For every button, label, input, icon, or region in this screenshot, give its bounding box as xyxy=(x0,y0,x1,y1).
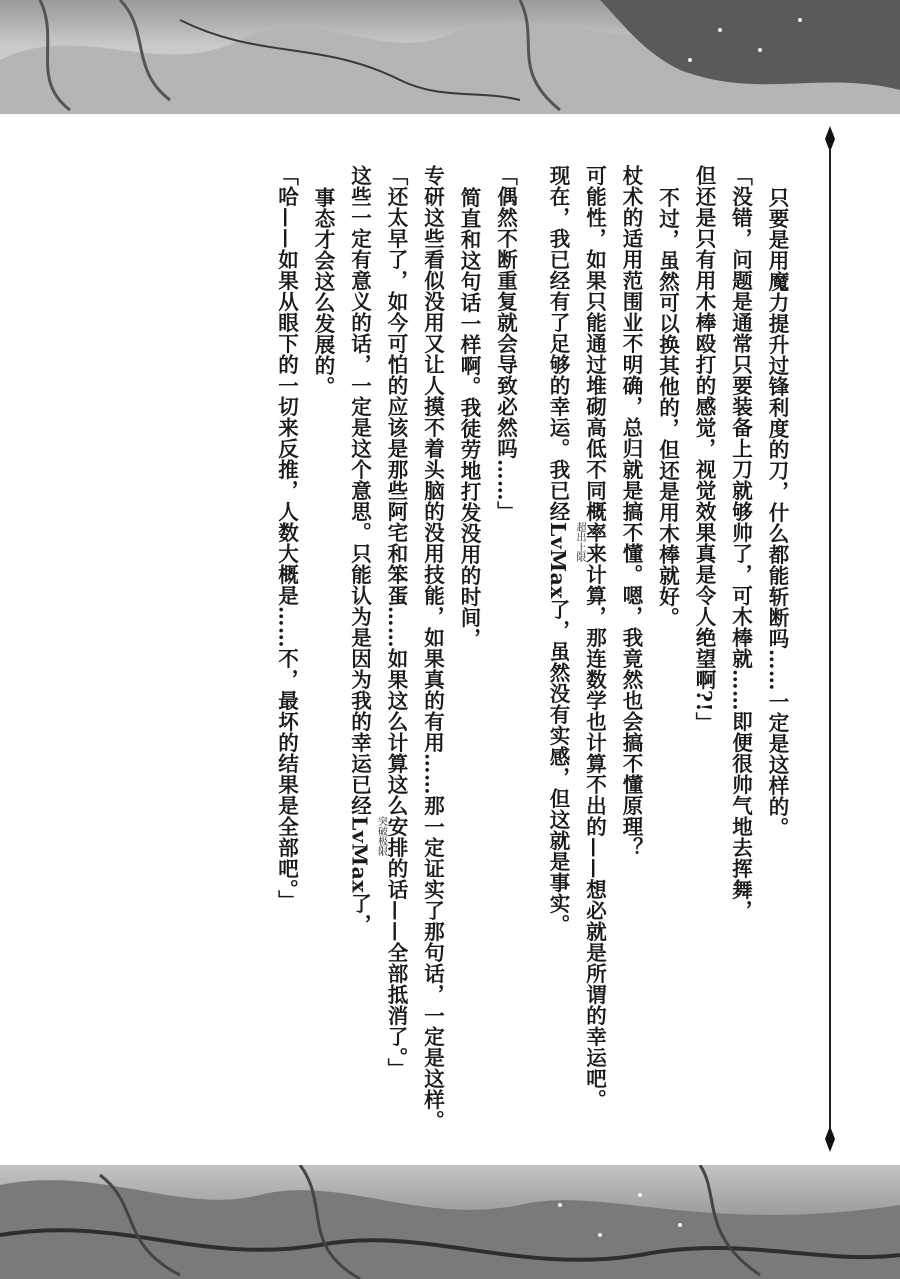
ruby-annotation: 超出上限 xyxy=(574,522,584,562)
ruby-base: LvMax xyxy=(546,522,570,599)
text-column: 「偶然不断重复就会导致必然吗……」 xyxy=(487,165,524,1145)
text-segment: 了， xyxy=(348,893,372,935)
text-column: 「没错，问题是通常只要装备上刀就够帅了，可木棒就……即便很帅气地去挥舞， xyxy=(722,165,759,1145)
text-column: 现在，我已经有了足够的幸运。我已经超出上限LvMax了，虽然没有实感，但这就是事… xyxy=(540,165,577,1145)
novel-text-body: 只要是用魔力提升过锋利度的刀，什么都能斩断吗……一定是这样的。 「没错，问题是通… xyxy=(195,165,795,1145)
text-column: 不过，虽然可以换其他的，但还是用木棒就好。 xyxy=(649,165,686,1167)
ruby-annotated-term: 突破极限LvMax xyxy=(348,816,372,893)
text-column: 「还太早了，如今可怕的应该是那些阿宅和笨蛋……如果这么计算这么安排的话——全部抵… xyxy=(378,165,415,1145)
text-column: 杖术的适用范围业不明确，总归就是搞不懂。嗯，我竟然也会搞不懂原理？ xyxy=(613,165,650,1145)
bottom-illustration xyxy=(0,1165,900,1279)
text-segment: 现在，我已经有了足够的幸运。我已经 xyxy=(546,165,570,522)
forest-art-icon xyxy=(0,1165,900,1279)
text-segment: 这些一定有意义的话，一定是这个意思。只能认为是因为我的幸运已经 xyxy=(348,165,372,816)
diamond-ornament-icon xyxy=(824,1126,836,1152)
text-column: 这些一定有意义的话，一定是这个意思。只能认为是因为我的幸运已经突破极限LvMax… xyxy=(341,165,378,1145)
text-column: 简直和这句话一样啊。我徒劳地打发没用的时间， xyxy=(451,165,488,1167)
ruby-base: LvMax xyxy=(348,816,372,893)
text-column: 事态才会这么发展的。 xyxy=(305,165,342,1167)
text-segment: 「还太早了，如今可怕的应该是那些阿宅和笨蛋……如果这么计算这么安排的话 xyxy=(384,165,408,900)
top-illustration xyxy=(0,0,900,114)
text-column: 可能性，如果只能通过堆砌高低不同概率来计算，那连数学也计算不出的——想必就是所谓… xyxy=(576,165,613,1145)
text-segment: ——全部抵消了。」 xyxy=(384,900,408,1079)
text-column: 专研这些看似没用又让人摸不着头脑的没用技能，如果真的有用……那一定证实了那句话，… xyxy=(414,165,451,1145)
text-column: 「哈——如果从眼下的一切来反推，人数大概是……不，最坏的结果是全部吧。」 xyxy=(268,165,305,1145)
text-segment: 了，虽然没有实感，但这就是事实。 xyxy=(546,599,570,935)
text-column: 但还是只有用木棒殴打的感觉，视觉效果真是令人绝望啊?!」 xyxy=(686,165,723,1145)
ornament-rule xyxy=(829,148,831,1136)
ruby-annotation: 突破极限 xyxy=(376,816,386,856)
forest-art-icon xyxy=(0,0,900,114)
ruby-annotated-term: 超出上限LvMax xyxy=(546,522,570,599)
text-column: 只要是用魔力提升过锋利度的刀，什么都能斩断吗……一定是这样的。 xyxy=(759,165,796,1167)
